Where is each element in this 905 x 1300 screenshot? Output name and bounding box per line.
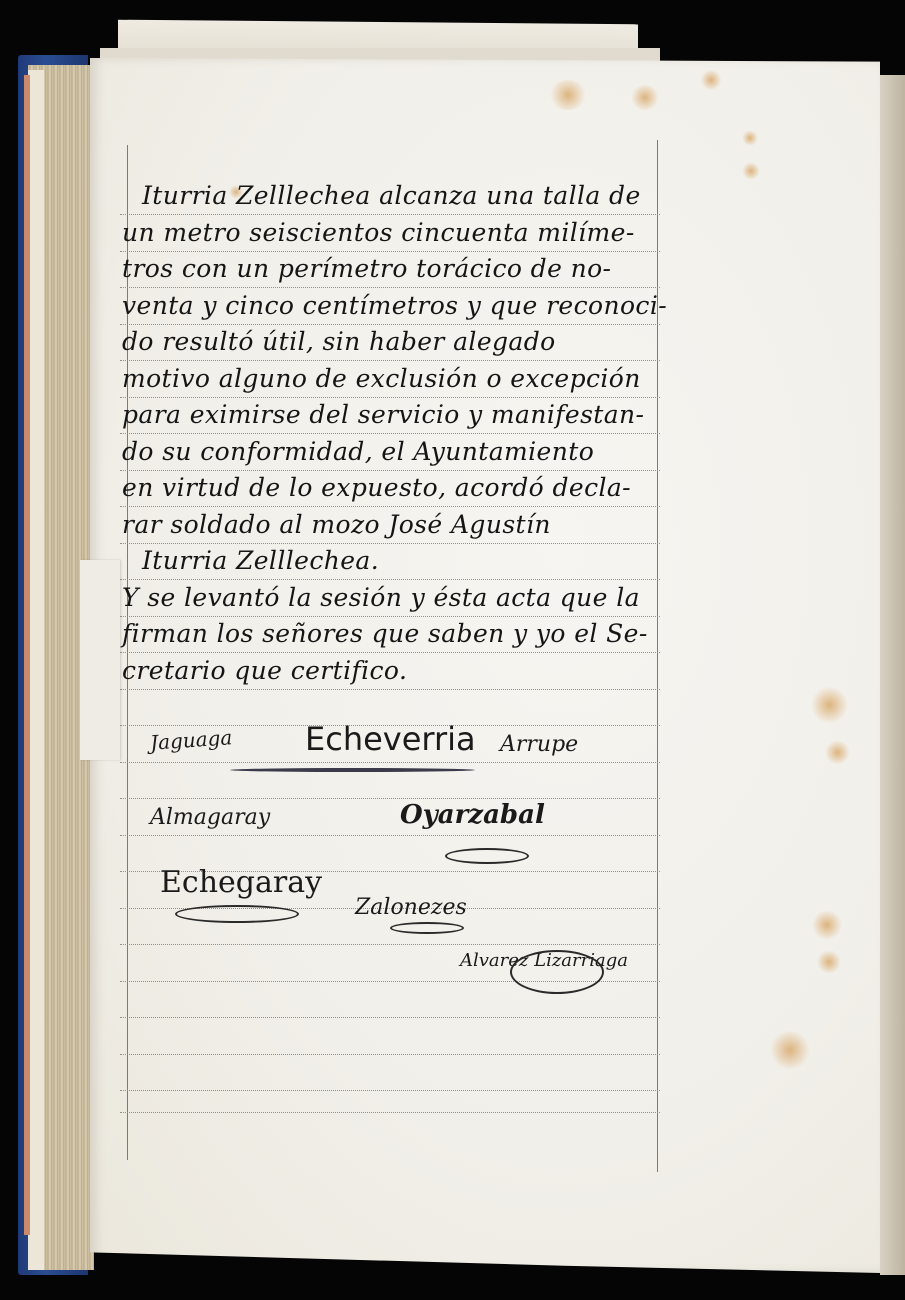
cover-red-edge bbox=[24, 75, 30, 1235]
text-line: cretario que certifico. bbox=[122, 653, 657, 690]
ruled-line bbox=[120, 944, 660, 945]
ruled-line bbox=[120, 1090, 660, 1091]
signature-flourish bbox=[445, 848, 529, 864]
text-line: un metro seiscientos cincuenta milíme- bbox=[122, 215, 657, 252]
foxing-stain bbox=[770, 1030, 810, 1070]
text-line: rar soldado al mozo José Agustín bbox=[122, 507, 657, 544]
text-line: Iturria Zelllechea. bbox=[122, 543, 657, 580]
text-line: do resultó útil, sin haber alegado bbox=[122, 324, 657, 361]
text-line: do su conformidad, el Ayuntamiento bbox=[122, 434, 657, 471]
foxing-stain bbox=[825, 740, 850, 765]
foxing-stain bbox=[817, 950, 841, 974]
text-line: firman los señores que saben y yo el Se- bbox=[122, 616, 657, 653]
signature: Echegaray bbox=[160, 865, 322, 900]
signature: Oyarzabal bbox=[400, 800, 545, 830]
text-line: tros con un perímetro torácico de no- bbox=[122, 251, 657, 288]
ruled-line bbox=[120, 1112, 660, 1113]
page-stack-light-edge bbox=[28, 70, 44, 1270]
foxing-stain bbox=[742, 130, 758, 146]
ruled-line bbox=[120, 835, 660, 836]
signature-flourish bbox=[230, 768, 475, 772]
foxing-stain bbox=[548, 80, 588, 110]
paper-flap bbox=[80, 560, 120, 760]
foxing-stain bbox=[742, 162, 760, 180]
signature: Zalonezes bbox=[355, 895, 467, 920]
signature: Arrupe bbox=[500, 732, 578, 757]
text-line: en virtud de lo expuesto, acordó decla- bbox=[122, 470, 657, 507]
text-line: para eximirse del servicio y manifestan- bbox=[122, 397, 657, 434]
foxing-stain bbox=[630, 85, 660, 110]
text-line: Iturria Zelllechea alcanza una talla de bbox=[122, 178, 657, 215]
ruled-line bbox=[120, 1017, 660, 1018]
text-line: Y se levantó la sesión y ésta acta que l… bbox=[122, 580, 657, 617]
ruled-line bbox=[120, 762, 660, 763]
ruled-line bbox=[120, 689, 660, 690]
ruled-line bbox=[120, 1054, 660, 1055]
foxing-stain bbox=[812, 685, 847, 725]
signature-flourish bbox=[390, 922, 464, 934]
text-line: motivo alguno de exclusión o excepción bbox=[122, 361, 657, 398]
book-cover-right bbox=[880, 75, 905, 1275]
signature: Echeverria bbox=[305, 720, 476, 758]
signature: Almagaray bbox=[150, 805, 270, 830]
ruled-line bbox=[120, 798, 660, 799]
signature-flourish bbox=[175, 905, 299, 923]
handwritten-body: Iturria Zelllechea alcanza una talla de … bbox=[122, 178, 657, 689]
foxing-stain bbox=[812, 910, 842, 940]
text-line: venta y cinco centímetros y que reconoci… bbox=[122, 288, 657, 325]
foxing-stain bbox=[700, 70, 722, 90]
signature-flourish bbox=[510, 950, 604, 994]
